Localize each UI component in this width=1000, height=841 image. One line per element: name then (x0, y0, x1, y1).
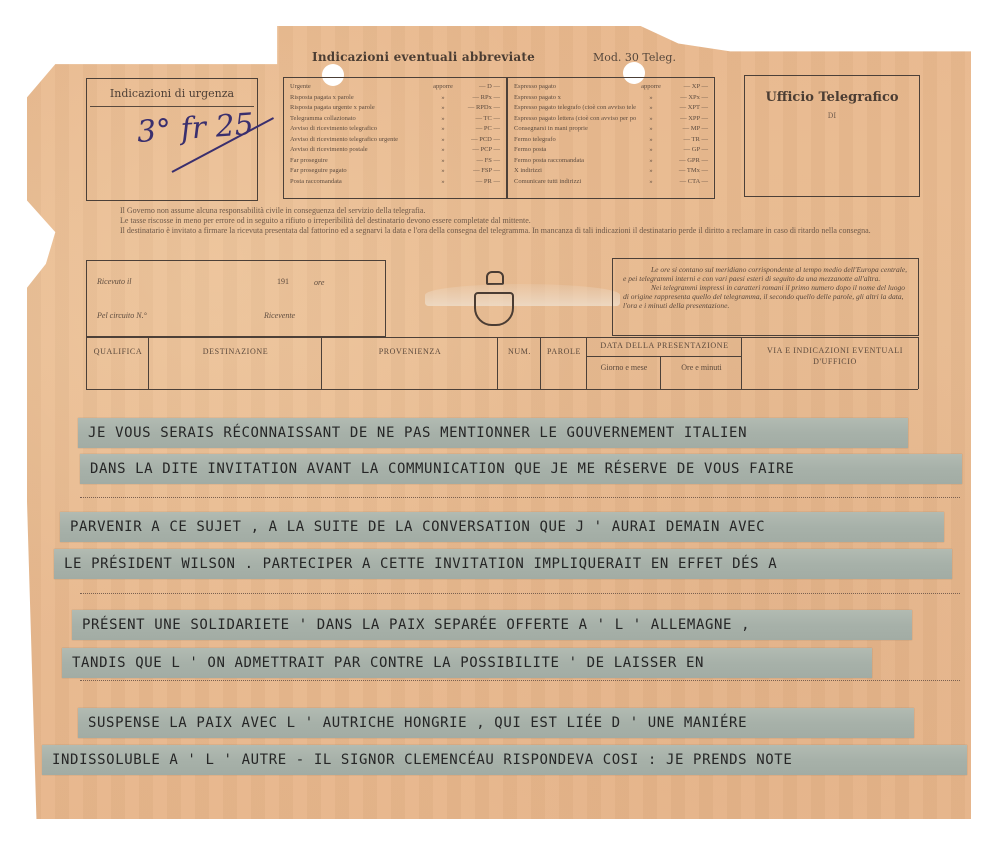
message-strip: LE PRÉSIDENT WILSON . PARTECIPER A CETTE… (54, 549, 952, 579)
col-provenienza: PROVENIENZA (323, 347, 497, 356)
handwritten-note: 3° fr 25 (136, 107, 255, 150)
abbreviation-apporre: » (428, 124, 458, 135)
abbreviation-row: Telegramma collazionato»— TC — (290, 114, 500, 125)
abbreviation-label: Espresso pagato (514, 82, 636, 93)
abbreviation-code: — FS — (458, 156, 500, 167)
abbreviation-row: Avviso di ricevimento telegrafico»— PC — (290, 124, 500, 135)
abbreviation-label: Avviso di ricevimento postale (290, 145, 428, 156)
abbreviation-row: Consegnarsi in mani proprie»— MP — (514, 124, 708, 135)
abbreviation-label: Espresso pagato telegrafo (cioè con avvi… (514, 103, 636, 114)
abbreviation-row: Fermo telegrafo»— TR — (514, 135, 708, 146)
abbreviation-apporre: » (636, 177, 666, 188)
writing-line (80, 593, 960, 594)
abbreviation-label: Avviso di ricevimento telegrafico (290, 124, 428, 135)
abbreviation-label: Far proseguire (290, 156, 428, 167)
message-strip: INDISSOLUBLE A ' L ' AUTRE - IL SIGNOR C… (42, 745, 967, 775)
abbreviation-apporre: » (636, 114, 666, 125)
abbreviation-label: X indirizzi (514, 166, 636, 177)
abbreviation-code: — MP — (666, 124, 708, 135)
abbreviation-apporre: » (428, 114, 458, 125)
abbreviation-label: Fermo posta raccomandata (514, 156, 636, 167)
abbreviation-code: — XPP — (666, 114, 708, 125)
form-model: Mod. 30 Teleg. (593, 51, 676, 64)
coat-of-arms (474, 292, 514, 326)
abbreviation-label: Urgente (290, 82, 428, 93)
abbreviation-label: Consegnarsi in mani proprie (514, 124, 636, 135)
abbreviation-code: — RPx — (458, 93, 500, 104)
writing-line (80, 497, 960, 498)
header-band-bottom (86, 389, 918, 390)
abbreviation-apporre: » (428, 156, 458, 167)
abbreviation-code: — XP — (666, 82, 708, 93)
abbreviation-apporre: » (428, 93, 458, 104)
office-di: DI (745, 112, 919, 120)
col-giorno: Giorno e mese (588, 363, 660, 372)
header-band-top (86, 337, 918, 338)
message-strip: PARVENIR A CE SUJET , A LA SUITE DE LA C… (60, 512, 944, 542)
abbreviation-apporre: » (428, 166, 458, 177)
abbreviation-row: Avviso di ricevimento postale»— PCP — (290, 145, 500, 156)
abbreviation-label: Fermo posta (514, 145, 636, 156)
abbreviation-row: Espresso pagato x»— XPx — (514, 93, 708, 104)
time-note-1: Le ore si contano sul meridiano corrispo… (623, 265, 908, 283)
abbreviation-code: — XPx — (666, 93, 708, 104)
crown-emblem (486, 271, 504, 285)
abbreviation-label: Espresso pagato lettera (cioè con avviso… (514, 114, 636, 125)
abbreviation-apporre: » (636, 135, 666, 146)
receipt-box: Ricevuto il 191 ore Pel circuito N.° Ric… (86, 260, 386, 337)
abbreviation-label: Telegramma collazionato (290, 114, 428, 125)
abbreviation-label: Fermo telegrafo (514, 135, 636, 146)
abbreviation-row: Fermo posta raccomandata»— GPR — (514, 156, 708, 167)
abbreviation-row: Espresso pagato lettera (cioè con avviso… (514, 114, 708, 125)
col-ore: Ore e minuti (662, 363, 741, 372)
abbreviation-row: Avviso di ricevimento telegrafico urgent… (290, 135, 500, 146)
abbreviation-row: Comunicare tutti indirizzi»— CTA — (514, 177, 708, 188)
column-divider (918, 337, 919, 389)
abbreviation-row: X indirizzi»— TMx — (514, 166, 708, 177)
note-1: Il Governo non assume alcuna responsabil… (80, 206, 970, 216)
note-2: Le tasse riscosse in meno per errore od … (80, 216, 970, 226)
legal-notes: Il Governo non assume alcuna responsabil… (80, 206, 970, 236)
abbreviation-label: Posta raccomandata (290, 177, 428, 188)
message-strip: TANDIS QUE L ' ON ADMETTRAIT PAR CONTRE … (62, 648, 872, 678)
receiver-label: Ricevente (264, 311, 295, 320)
abbreviation-code: — GP — (666, 145, 708, 156)
abbreviation-code: — TMx — (666, 166, 708, 177)
column-divider (321, 337, 322, 389)
abbreviation-apporre: » (428, 135, 458, 146)
message-strip: DANS LA DITE INVITATION AVANT LA COMMUNI… (80, 454, 962, 484)
abbreviation-row: Urgenteapporre— D — (290, 82, 500, 93)
col-destinazione: DESTINAZIONE (150, 347, 321, 356)
abbreviation-apporre: » (636, 156, 666, 167)
hour-label: ore (314, 278, 324, 287)
urgency-title: Indicazioni di urgenza (87, 87, 257, 100)
abbreviation-apporre: » (636, 145, 666, 156)
abbreviation-code: — CTA — (666, 177, 708, 188)
abbreviation-apporre: » (428, 103, 458, 114)
abbreviation-apporre: » (636, 166, 666, 177)
abbreviation-apporre: » (636, 93, 666, 104)
column-divider (497, 337, 498, 389)
abbreviations-left: Urgenteapporre— D —Risposta pagata x par… (283, 77, 507, 199)
col-parole: PAROLE (542, 347, 586, 356)
abbreviation-row: Posta raccomandata»— PR — (290, 177, 500, 188)
abbreviation-code: — XPT — (666, 103, 708, 114)
abbreviation-code: — FSP — (458, 166, 500, 177)
received-label: Ricevuto il (97, 277, 131, 286)
time-note-2: Nei telegrammi impressi in caratteri rom… (623, 283, 908, 310)
column-divider (148, 337, 149, 389)
col-data: DATA DELLA PRESENTAZIONE (588, 341, 741, 350)
abbreviation-code: — TC — (458, 114, 500, 125)
abbreviation-label: Avviso di ricevimento telegrafico urgent… (290, 135, 428, 146)
abbreviation-label: Risposta pagata x parole (290, 93, 428, 104)
abbreviation-apporre: » (636, 103, 666, 114)
abbreviation-apporre: » (636, 124, 666, 135)
writing-line (80, 680, 960, 681)
abbreviation-apporre: apporre (428, 82, 458, 93)
abbreviation-apporre: apporre (636, 82, 666, 93)
header-title: Indicazioni eventuali abbreviate (312, 50, 535, 64)
paper-tear (425, 284, 620, 306)
abbreviation-row: Far proseguire»— FS — (290, 156, 500, 167)
divider (90, 106, 254, 107)
column-divider (741, 337, 742, 389)
abbreviation-apporre: » (428, 145, 458, 156)
abbreviation-row: Risposta pagata x parole»— RPx — (290, 93, 500, 104)
abbreviation-row: Far proseguire pagato»— FSP — (290, 166, 500, 177)
abbreviation-label: Comunicare tutti indirizzi (514, 177, 636, 188)
abbreviation-code: — PR — (458, 177, 500, 188)
abbreviation-label: Espresso pagato x (514, 93, 636, 104)
abbreviation-code: — RPDx — (458, 103, 500, 114)
abbreviation-row: Fermo posta»— GP — (514, 145, 708, 156)
abbreviation-code: — GPR — (666, 156, 708, 167)
abbreviation-label: Far proseguire pagato (290, 166, 428, 177)
abbreviation-code: — D — (458, 82, 500, 93)
sub-divider (586, 356, 741, 357)
message-strip: JE VOUS SERAIS RÉCONNAISSANT DE NE PAS M… (78, 418, 908, 448)
abbreviation-code: — PCP — (458, 145, 500, 156)
message-strip: SUSPENSE LA PAIX AVEC L ' AUTRICHE HONGR… (78, 708, 914, 738)
year-label: 191 (277, 277, 289, 286)
column-divider (540, 337, 541, 389)
abbreviation-apporre: » (428, 177, 458, 188)
office-title: Ufficio Telegrafico (745, 90, 919, 105)
column-divider (86, 337, 87, 389)
office-box: Ufficio Telegrafico DI (744, 75, 920, 197)
col-qualifica: QUALIFICA (88, 347, 148, 356)
abbreviation-row: Espresso pagatoapporre— XP — (514, 82, 708, 93)
abbreviations-right: Espresso pagatoapporre— XP —Espresso pag… (507, 77, 715, 199)
abbreviation-label: Risposta pagata urgente x parole (290, 103, 428, 114)
circuit-label: Pel circuito N.° (97, 311, 147, 320)
abbreviation-code: — TR — (666, 135, 708, 146)
urgency-box: Indicazioni di urgenza 3° fr 25 (86, 78, 258, 201)
time-note-box: Le ore si contano sul meridiano corrispo… (612, 258, 919, 336)
abbreviation-row: Risposta pagata urgente x parole»— RPDx … (290, 103, 500, 114)
note-3: Il destinatario è invitato a firmare la … (80, 226, 970, 236)
col-num: NUM. (499, 347, 540, 356)
abbreviation-code: — PC — (458, 124, 500, 135)
abbreviation-code: — PCD — (458, 135, 500, 146)
message-strip: PRÉSENT UNE SOLIDARIETE ' DANS LA PAIX S… (72, 610, 912, 640)
abbreviation-row: Espresso pagato telegrafo (cioè con avvi… (514, 103, 708, 114)
column-divider (586, 337, 587, 389)
col-via: VIA E INDICAZIONI EVENTUALI D'UFFICIO (760, 345, 910, 367)
column-divider (660, 356, 661, 389)
